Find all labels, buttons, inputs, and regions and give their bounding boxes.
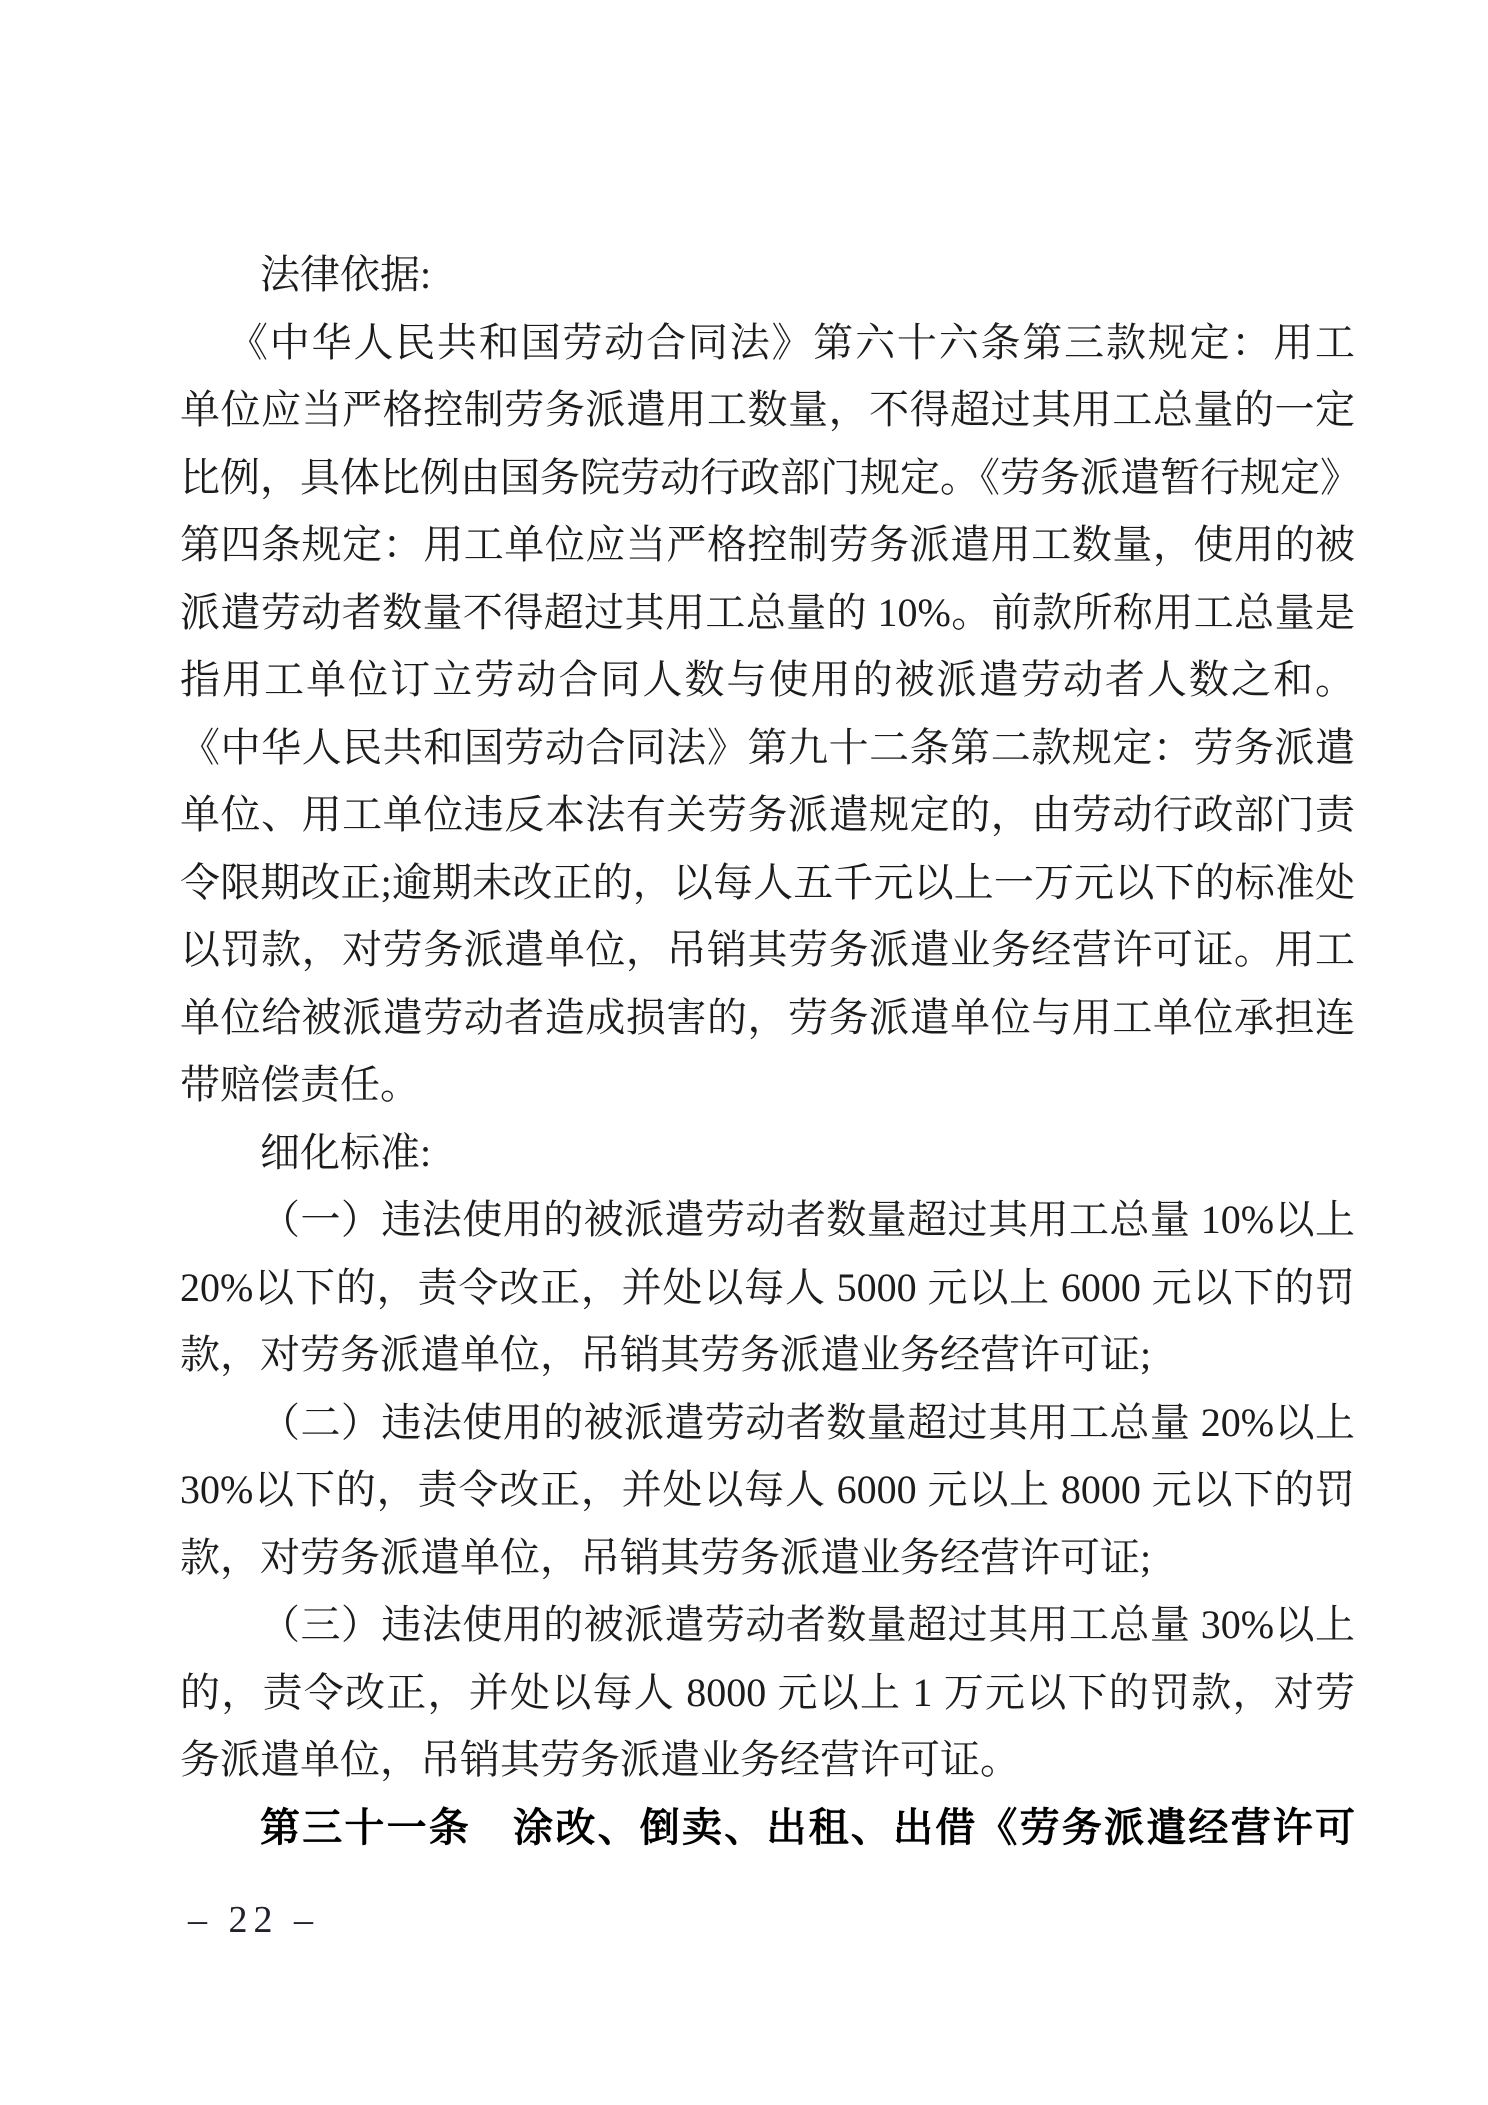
text-line: 的，责令改正，并处以每人 8000 元以上 1 万元以下的罚款，对劳 <box>180 1659 1355 1727</box>
text-line: 30%以下的，责令改正，并处以每人 6000 元以上 8000 元以下的罚 <box>180 1456 1355 1524</box>
item-1-line: （一）违法使用的被派遣劳动者数量超过其用工总量 10%以上 <box>180 1186 1355 1254</box>
text-line: 以罚款，对劳务派遣单位，吊销其劳务派遣业务经营许可证。用工 <box>180 916 1355 984</box>
text-line: 单位应当严格控制劳务派遣用工数量，不得超过其用工总量的一定 <box>180 376 1355 444</box>
text-line: 比例，具体比例由国务院劳动行政部门规定。《劳务派遣暂行规定》 <box>180 444 1355 512</box>
text-line: 款，对劳务派遣单位，吊销其劳务派遣业务经营许可证; <box>180 1524 1355 1592</box>
legal-basis-heading-line: 法律依据: <box>180 241 1355 309</box>
text-line: 款，对劳务派遣单位，吊销其劳务派遣业务经营许可证; <box>180 1321 1355 1389</box>
text-line: 20%以下的，责令改正，并处以每人 5000 元以上 6000 元以下的罚 <box>180 1254 1355 1322</box>
text-line: 第四条规定：用工单位应当严格控制劳务派遣用工数量，使用的被 <box>180 511 1355 579</box>
text-line: 《中华人民共和国劳动合同法》第九十二条第二款规定：劳务派遣 <box>180 714 1355 782</box>
article-31-heading-line: 第三十一条 涂改、倒卖、出租、出借《劳务派遣经营许可 <box>180 1794 1355 1862</box>
text-line: 单位给被派遣劳动者造成损害的，劳务派遣单位与用工单位承担连 <box>180 984 1355 1052</box>
document-page: 法律依据: 《中华人民共和国劳动合同法》第六十六条第三款规定：用工 单位应当严格… <box>0 0 1488 2105</box>
text-line: 带赔偿责任。 <box>180 1051 1355 1119</box>
detail-standard-heading-line: 细化标准: <box>180 1119 1355 1187</box>
text-line: 务派遣单位，吊销其劳务派遣业务经营许可证。 <box>180 1726 1355 1794</box>
document-body: 法律依据: 《中华人民共和国劳动合同法》第六十六条第三款规定：用工 单位应当严格… <box>180 241 1355 1861</box>
page-number: – 22 – <box>188 1898 319 1942</box>
item-3-line: （三）违法使用的被派遣劳动者数量超过其用工总量 30%以上 <box>180 1591 1355 1659</box>
text-line: 派遣劳动者数量不得超过其用工总量的 10%。前款所称用工总量是 <box>180 579 1355 647</box>
text-line: 令限期改正;逾期未改正的，以每人五千元以上一万元以下的标准处 <box>180 849 1355 917</box>
text-line: 《中华人民共和国劳动合同法》第六十六条第三款规定：用工 <box>180 309 1355 377</box>
text-line: 指用工单位订立劳动合同人数与使用的被派遣劳动者人数之和。 <box>180 646 1355 714</box>
text-line: 单位、用工单位违反本法有关劳务派遣规定的，由劳动行政部门责 <box>180 781 1355 849</box>
item-2-line: （二）违法使用的被派遣劳动者数量超过其用工总量 20%以上 <box>180 1389 1355 1457</box>
